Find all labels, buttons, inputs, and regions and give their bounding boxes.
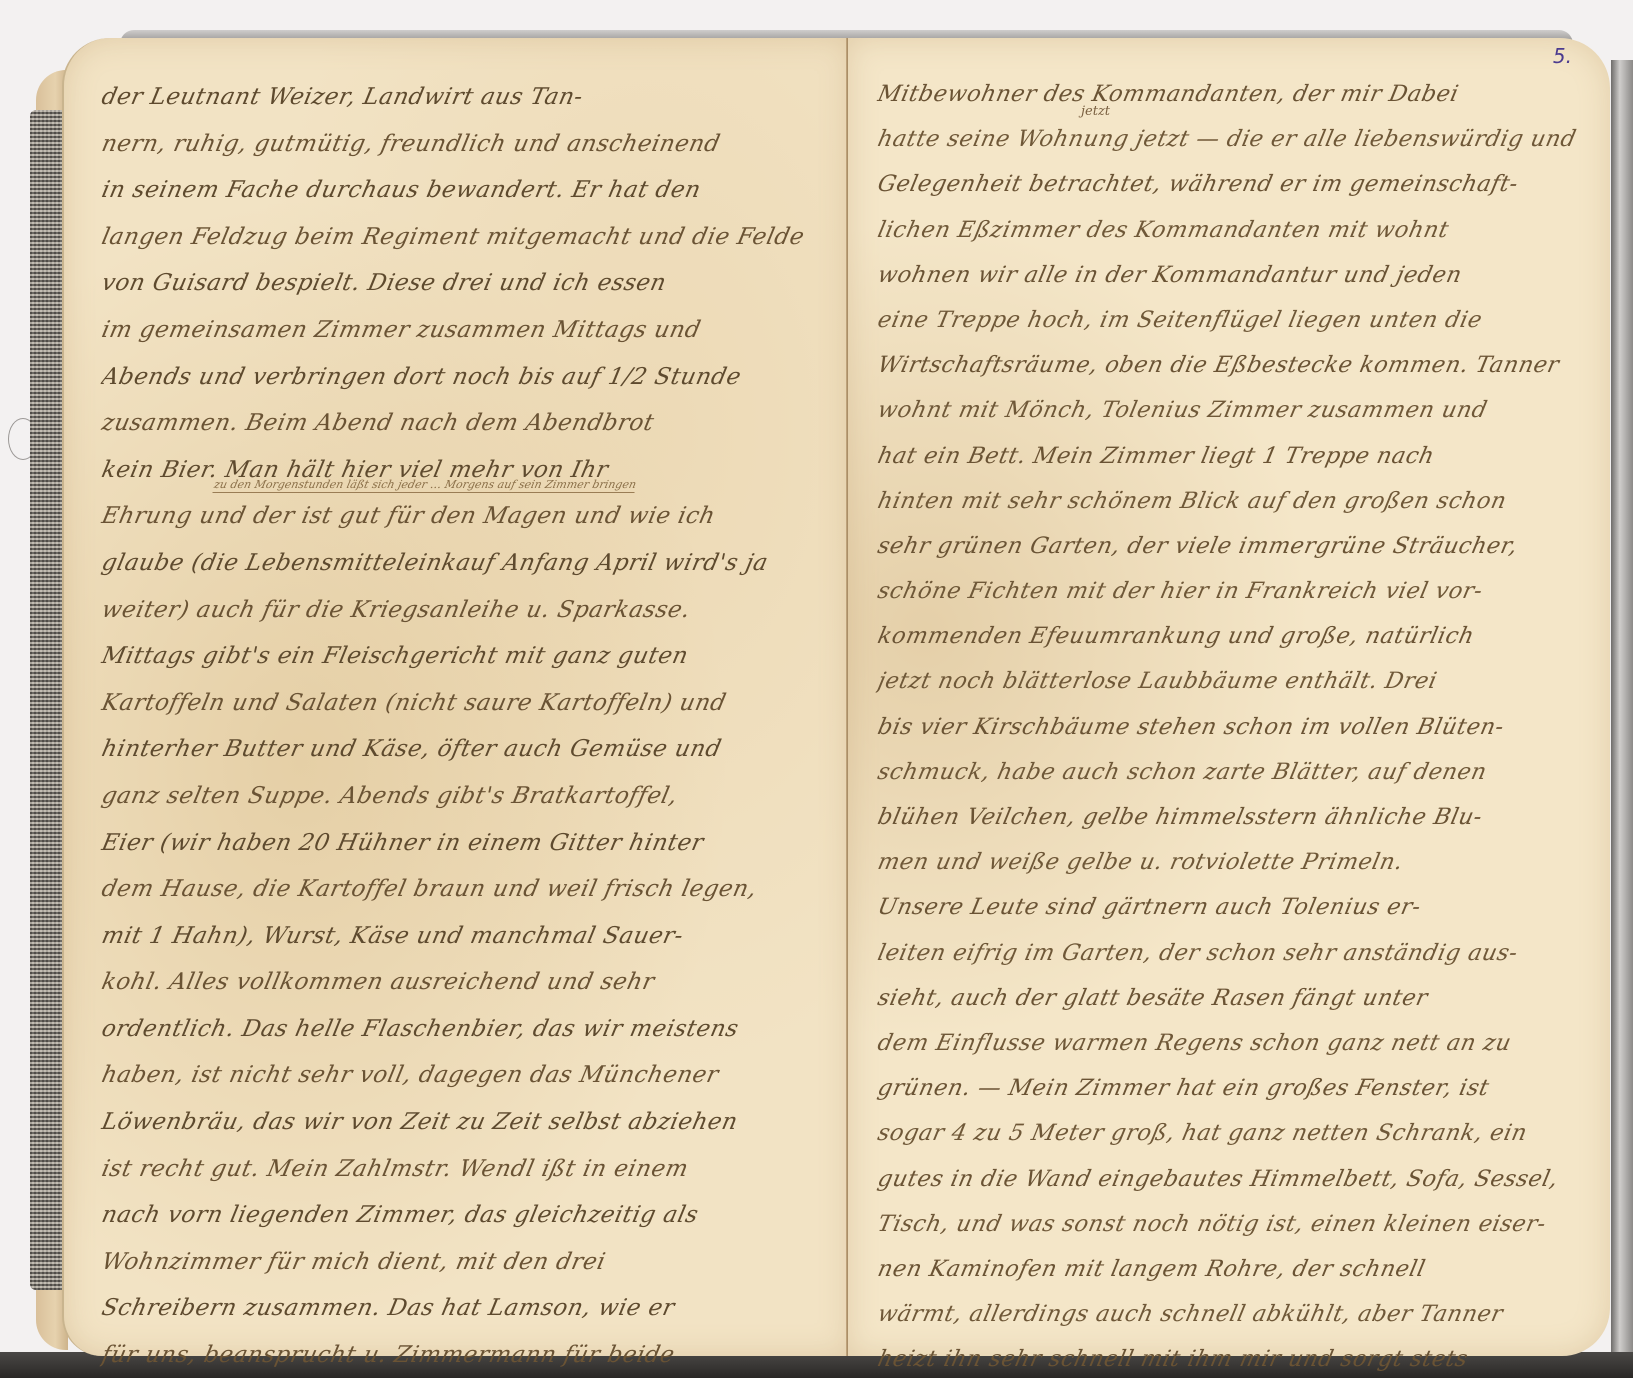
handwritten-line: eine Treppe hoch, im Seitenflügel liegen… — [873, 298, 1585, 343]
handwritten-line: Abends und verbringen dort noch bis auf … — [97, 354, 837, 401]
handwritten-line: ganz selten Suppe. Abends gibt's Bratkar… — [97, 773, 837, 820]
handwritten-line: nach vorn liegenden Zimmer, das gleichze… — [97, 1192, 837, 1239]
handwritten-line: hinterher Butter und Käse, öfter auch Ge… — [97, 726, 837, 773]
handwritten-line: heizt ihn sehr schnell mit ihm mir und s… — [873, 1337, 1585, 1378]
handwritten-line: Wirtschaftsräume, oben die Eßbestecke ko… — [873, 343, 1585, 388]
handwritten-line: nen Kaminofen mit langem Rohre, der schn… — [873, 1247, 1585, 1292]
handwritten-line: von Guisard bespielt. Diese drei und ich… — [97, 260, 837, 307]
handwritten-line: sehr grünen Garten, der viele immergrüne… — [873, 524, 1585, 569]
handwritten-line: kohl. Alles vollkommen ausreichend und s… — [97, 959, 837, 1006]
handwritten-line: wärmt, allerdings auch schnell abkühlt, … — [873, 1292, 1585, 1337]
handwritten-line: Mitbewohner des Kommandanten, der mir Da… — [873, 72, 1585, 117]
handwritten-line: nern, ruhig, gutmütig, freundlich und an… — [97, 121, 837, 168]
left-page-lines: der Leutnant Weizer, Landwirt aus Tan- n… — [102, 74, 832, 1378]
handwritten-line: Ehrung und der ist gut für den Magen und… — [97, 493, 837, 540]
handwritten-line: haben, ist nicht sehr voll, dagegen das … — [97, 1052, 837, 1099]
handwritten-line: schöne Fichten mit der hier in Frankreic… — [873, 569, 1585, 614]
book-right-edge — [1611, 60, 1633, 1360]
handwritten-line: bis vier Kirschbäume stehen schon im vol… — [873, 705, 1585, 750]
handwritten-line: zusammen. Beim Abend nach dem Abendbrot — [97, 400, 837, 447]
handwritten-line: Kartoffeln und Salaten (nicht saure Kart… — [97, 680, 837, 727]
handwritten-line: der Leutnant Weizer, Landwirt aus Tan- — [97, 74, 837, 121]
handwritten-line: schmuck, habe auch schon zarte Blätter, … — [873, 750, 1585, 795]
left-page: der Leutnant Weizer, Landwirt aus Tan- n… — [62, 38, 850, 1356]
handwritten-line: langen Feldzug beim Regiment mitgemacht … — [97, 214, 837, 261]
handwritten-line: wohnt mit Mönch, Tolenius Zimmer zusamme… — [873, 388, 1585, 433]
handwritten-line: in seinem Fache durchaus bewandert. Er h… — [97, 167, 837, 214]
handwritten-line: lichen Eßzimmer des Kommandanten mit woh… — [873, 208, 1585, 253]
handwritten-line: dem Hause, die Kartoffel braun und weil … — [97, 866, 837, 913]
handwritten-line: Gelegenheit betrachtet, während er im ge… — [873, 162, 1585, 207]
interlinear-note: zu den Morgenstunden läßt sich jeder … M… — [212, 478, 637, 493]
handwritten-line: im gemeinsamen Zimmer zusammen Mittags u… — [97, 307, 837, 354]
handwritten-line: gutes in die Wand eingebautes Himmelbett… — [873, 1157, 1585, 1202]
handwritten-line: sogar 4 zu 5 Meter groß, hat ganz netten… — [873, 1111, 1585, 1156]
handwritten-line: Eier (wir haben 20 Hühner in einem Gitte… — [97, 820, 837, 867]
handwritten-line: Wohnzimmer für mich dient, mit den drei — [97, 1239, 837, 1286]
handwritten-line: hinten mit sehr schönem Blick auf den gr… — [873, 479, 1585, 524]
handwritten-line: mit 1 Hahn), Wurst, Käse und manchmal Sa… — [97, 913, 837, 960]
page-number: 5. — [1553, 44, 1572, 68]
handwritten-line: Unsere Leute sind gärtnern auch Tolenius… — [873, 885, 1585, 930]
handwritten-line: weiter) auch für die Kriegsanleihe u. Sp… — [97, 587, 837, 634]
handwritten-line: ordentlich. Das helle Flaschenbier, das … — [97, 1006, 837, 1053]
handwritten-line: leiten eifrig im Garten, der schon sehr … — [873, 931, 1585, 976]
handwritten-line: grünen. — Mein Zimmer hat ein großes Fen… — [873, 1066, 1585, 1111]
handwritten-line: Tisch, und was sonst noch nötig ist, ein… — [873, 1202, 1585, 1247]
right-page-lines: Mitbewohner des Kommandanten, der mir Da… — [878, 72, 1580, 1378]
handwritten-line: glaube (die Lebensmitteleinkauf Anfang A… — [97, 540, 837, 587]
handwritten-line: hat ein Bett. Mein Zimmer liegt 1 Treppe… — [873, 434, 1585, 479]
handwritten-line: Löwenbräu, das wir von Zeit zu Zeit selb… — [97, 1099, 837, 1146]
handwritten-line: hatte seine Wohnung jetzt — die er alle … — [873, 117, 1585, 162]
handwritten-line: men und weiße gelbe u. rotviolette Prime… — [873, 840, 1585, 885]
handwritten-line: Mittags gibt's ein Fleischgericht mit ga… — [97, 633, 837, 680]
handwritten-line: blühen Veilchen, gelbe himmelsstern ähnl… — [873, 795, 1585, 840]
handwritten-line: kommenden Efeuumrankung und große, natür… — [873, 614, 1585, 659]
handwritten-line: dem Einflusse warmen Regens schon ganz n… — [873, 1021, 1585, 1066]
handwritten-line: jetzt noch blätterlose Laubbäume enthält… — [873, 659, 1585, 704]
handwritten-line: wohnen wir alle in der Kommandantur und … — [873, 253, 1585, 298]
handwritten-line: ist recht gut. Mein Zahlmstr. Wendl ißt … — [97, 1146, 837, 1193]
handwritten-line: für uns, beansprucht u. Zimmermann für b… — [97, 1332, 837, 1378]
handwritten-line: Schreibern zusammen. Das hat Lamson, wie… — [97, 1285, 837, 1332]
right-page: 5. jetzt Mitbewohner des Kommandanten, d… — [848, 38, 1610, 1356]
handwritten-line: sieht, auch der glatt besäte Rasen fängt… — [873, 976, 1585, 1021]
